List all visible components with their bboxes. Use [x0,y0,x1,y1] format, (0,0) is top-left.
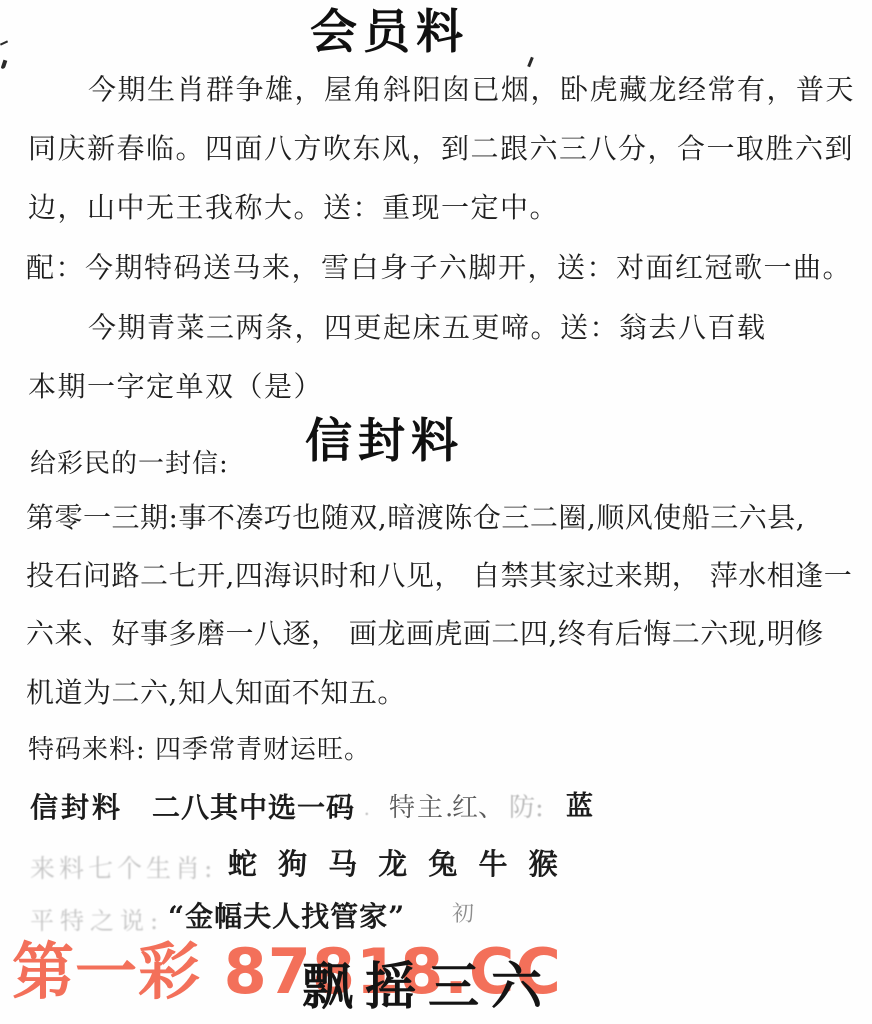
envelope-line-3: 六来、好事多磨一八逐， 画龙画虎画二四,终有后悔二六现,明修 [26,618,824,650]
envelope-line-4: 机道为二六,知人知面不知五。 [26,677,406,709]
scan-artifact-dash [0,40,8,45]
pick-line-separator: ． [364,800,382,821]
pick-line-guard: 防: [509,794,544,824]
scanned-lottery-sheet: 会员料 今期生肖群争雄，屋角斜阳囱已烟，卧虎藏龙经常有，普天 同庆新春临。四面八… [0,0,872,1024]
member-line-1: 今期生肖群争雄，屋角斜阳囱已烟，卧虎藏龙经常有，普天 [88,74,855,106]
zodiac-line-faded-prefix: 来料七个生肖: [30,855,216,884]
envelope-intro: 给彩民的一封信: [30,450,229,480]
pick-line-blue: 蓝 [566,791,593,822]
pick-line-red: 红、 [452,794,504,824]
member-line-3: 边，山中无王我称大。送：重现一定中。 [28,192,559,224]
pick-line-label: 信封料 [30,792,123,824]
pick-line-special-main: 特主. [389,794,455,824]
member-section-title: 会员料 [310,6,469,60]
envelope-line-2: 投石问路二七开,四海识时和八见， 自禁其家过来期， 萍水相逢一 [26,560,852,592]
zodiac-line-animals: 蛇 狗 马 龙 兔 牛 猴 [228,848,559,881]
member-line-5: 今期青菜三两条，四更起床五更啼。送：翁去八百载 [88,312,767,344]
special-code-line: 特码来料: 四季常青财运旺。 [28,736,371,766]
scan-artifact-tick [527,57,534,67]
envelope-line-1: 第零一三期:事不凑巧也随双,暗渡陈仓三二圈,顺风使船三六县, [26,502,805,534]
pick-line-numbers: 二八其中选一码 [152,792,355,824]
quote-line-text: “金幅夫人找管家” [168,901,405,933]
member-line-2: 同庆新春临。四面八方吹东风，到二跟六三八分，合一取胜六到 [28,133,854,165]
scan-artifact-comma [1,60,8,70]
quote-line-faded-prefix: 平特之说: [30,908,164,936]
member-line-6: 本期一字定单双（是） [28,371,323,403]
bottom-section-title: 飘摇三六 [302,958,554,1017]
envelope-section-title: 信封料 [305,415,464,469]
member-line-4: 配：今期特码送马来，雪白身子六脚开，送：对面红冠歌一曲。 [26,252,852,284]
quote-line-suffix: 初 [452,902,474,927]
